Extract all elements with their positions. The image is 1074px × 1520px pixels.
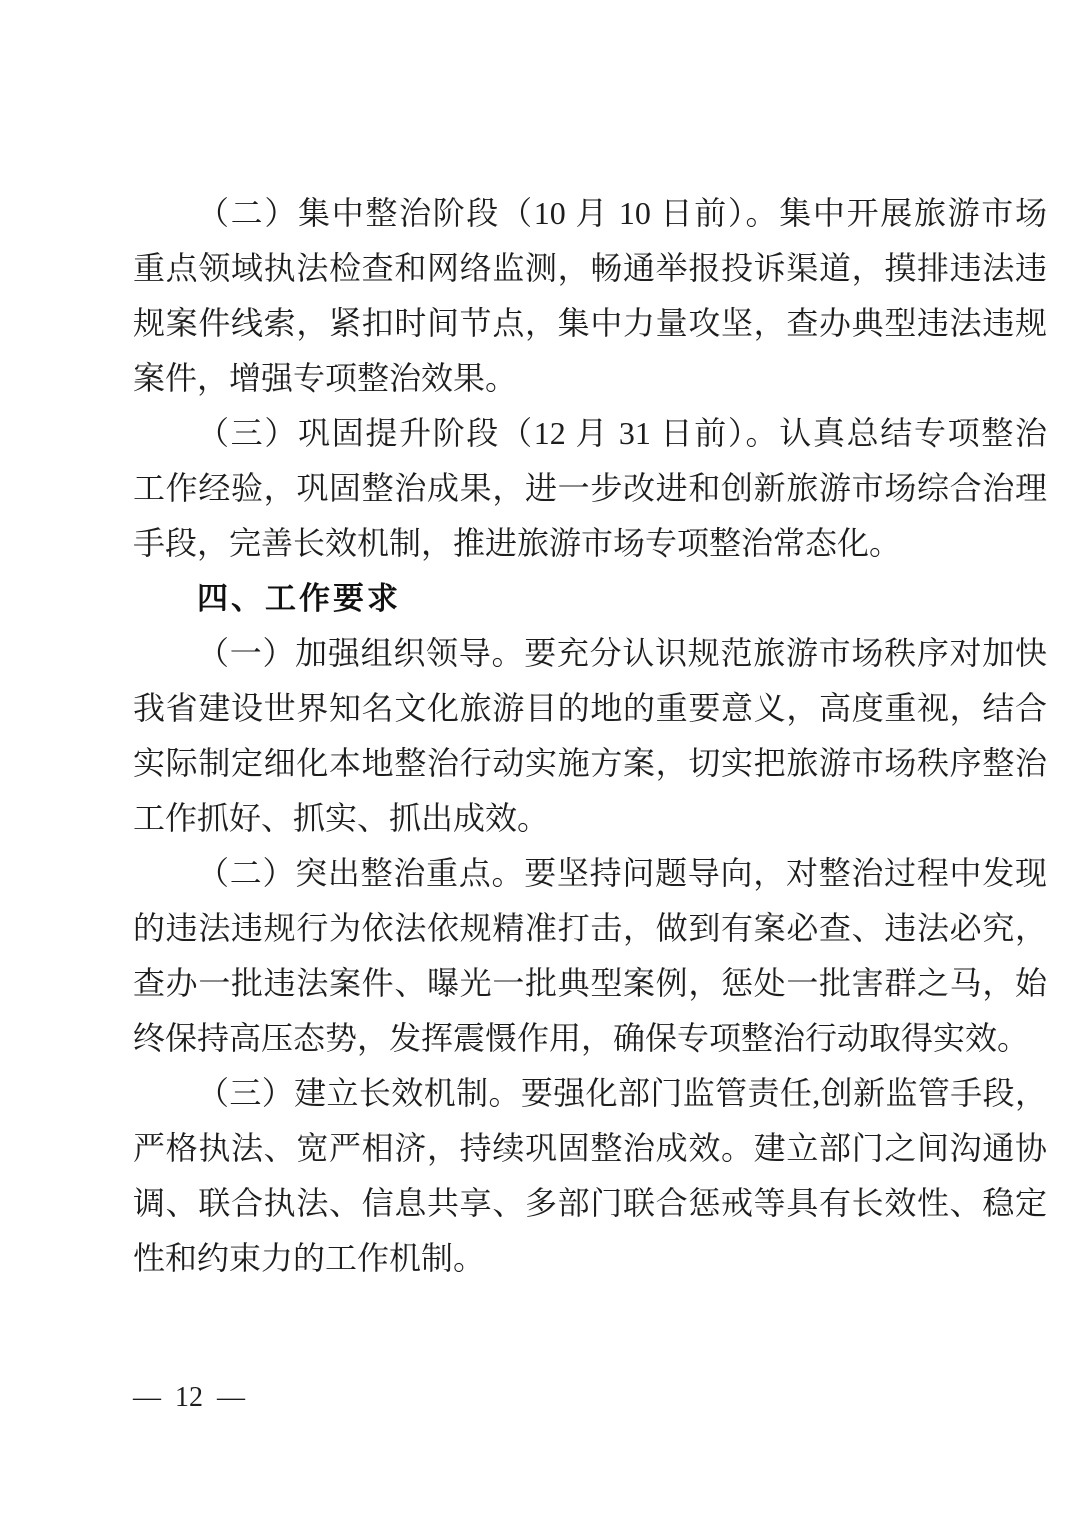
text-line: （一）加强组织领导。要充分认识规范旅游市场秩序对加快 [133, 626, 1047, 681]
text-line: 的违法违规行为依法依规精准打击，做到有案必查、违法必究， [133, 901, 1047, 956]
text-line: （二）集中整治阶段（10 月 10 日前）。集中开展旅游市场 [133, 186, 1047, 241]
document-body: （二）集中整治阶段（10 月 10 日前）。集中开展旅游市场重点领域执法检查和网… [133, 186, 1047, 1286]
footer-dash-left: — [133, 1382, 161, 1413]
text-line: 工作经验，巩固整治成果，进一步改进和创新旅游市场综合治理 [133, 461, 1047, 516]
text-line: （三）建立长效机制。要强化部门监管责任,创新监管手段， [133, 1066, 1047, 1121]
section-heading: 四、工作要求 [133, 571, 1047, 626]
text-line: 我省建设世界知名文化旅游目的地的重要意义，高度重视，结合 [133, 681, 1047, 736]
text-line: 工作抓好、抓实、抓出成效。 [133, 791, 1047, 846]
text-line: 调、联合执法、信息共享、多部门联合惩戒等具有长效性、稳定 [133, 1176, 1047, 1231]
document-page: （二）集中整治阶段（10 月 10 日前）。集中开展旅游市场重点领域执法检查和网… [0, 0, 1074, 1520]
page-footer: —12— [133, 1378, 245, 1418]
page-number: 12 [175, 1382, 203, 1413]
text-line: 规案件线索，紧扣时间节点，集中力量攻坚，查办典型违法违规 [133, 296, 1047, 351]
text-line: 性和约束力的工作机制。 [133, 1231, 1047, 1286]
text-line: 手段，完善长效机制，推进旅游市场专项整治常态化。 [133, 516, 1047, 571]
text-line: （二）突出整治重点。要坚持问题导向，对整治过程中发现 [133, 846, 1047, 901]
text-line: 实际制定细化本地整治行动实施方案，切实把旅游市场秩序整治 [133, 736, 1047, 791]
text-line: 重点领域执法检查和网络监测，畅通举报投诉渠道，摸排违法违 [133, 241, 1047, 296]
text-line: 案件，增强专项整治效果。 [133, 351, 1047, 406]
text-line: （三）巩固提升阶段（12 月 31 日前）。认真总结专项整治 [133, 406, 1047, 461]
text-line: 终保持高压态势，发挥震慑作用，确保专项整治行动取得实效。 [133, 1011, 1047, 1066]
text-line: 查办一批违法案件、曝光一批典型案例，惩处一批害群之马，始 [133, 956, 1047, 1011]
text-line: 严格执法、宽严相济，持续巩固整治成效。建立部门之间沟通协 [133, 1121, 1047, 1176]
footer-dash-right: — [217, 1382, 245, 1413]
